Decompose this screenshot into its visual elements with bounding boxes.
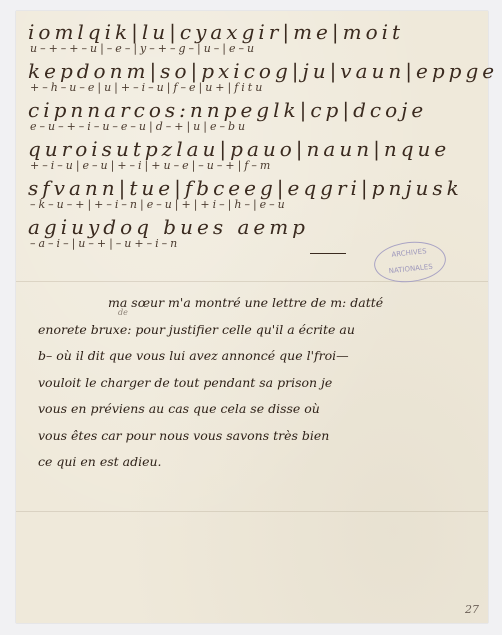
cipher-letters: quroisutpzlau|pauo|naun|nque	[28, 137, 450, 161]
letter-line: b– où il dit que vous lui avez annoncé q…	[38, 343, 488, 370]
letter-line: vous êtes car pour nous vous savons très…	[38, 423, 488, 450]
cipher-key: +–i–u|e–u|+–i|+u–e|–u–+|f–m	[30, 159, 273, 172]
letter-line: ma sœur m'a montré une lettre de m: datt…	[108, 290, 488, 317]
cipher-line: quroisutpzlau|pauo|naun|nque +–i–u|e–u|+…	[28, 137, 468, 176]
cipher-key: –a–i–|u–+|–u+–i–n	[30, 237, 180, 250]
cipher-line: iomlqik|lu|cyaxgir|me|moit u–+–+–u|–e–|y…	[28, 20, 468, 59]
paper-fold	[16, 511, 488, 512]
letter-line: enorete bruxe: pour justifier celle qu'i…	[38, 317, 488, 344]
cipher-key: e–u–+–i–u–e–u|d–+|u|e–bu	[30, 120, 248, 133]
cipher-letters: kepdonm|so|pxicog|ju|vaun|eppge	[28, 59, 498, 83]
letter-text-block: ma sœur m'a montré une lettre de m: datt…	[98, 290, 488, 476]
cipher-letters: iomlqik|lu|cyaxgir|me|moit	[28, 20, 404, 44]
cipher-text-block: iomlqik|lu|cyaxgir|me|moit u–+–+–u|–e–|y…	[28, 20, 468, 254]
cipher-key: +–h–u–e|u|+–i–u|f–e|u+|fitu	[30, 81, 265, 94]
cipher-key: –k–u–+|+–i–n|e–u|+|+i–|h–|e–u	[30, 198, 288, 211]
cipher-letters: sfvann|tue|fbceeg|eqgri|pnjusk	[28, 176, 463, 200]
end-dash	[310, 253, 346, 254]
cipher-line: kepdonm|so|pxicog|ju|vaun|eppge +–h–u–e|…	[28, 59, 468, 98]
stamp-line-1: ARCHIVES	[374, 246, 444, 260]
letter-line: vous en préviens au cas que cela se diss…	[38, 396, 488, 423]
cipher-line: cipnnarcos:nnpeglk|cp|dcoje e–u–+–i–u–e–…	[28, 98, 468, 137]
cipher-line: sfvann|tue|fbceeg|eqgri|pnjusk –k–u–+|+–…	[28, 176, 468, 215]
folio-number: 27	[465, 603, 479, 616]
cipher-key: u–+–+–u|–e–|y–+–g–|u–|e–u	[30, 42, 257, 55]
letter-line: vouloit le charger de tout pendant sa pr…	[38, 370, 488, 397]
cipher-letters: cipnnarcos:nnpeglk|cp|dcoje	[28, 98, 427, 122]
letter-line: ce qui en est adieu.	[38, 449, 488, 476]
cipher-letters: agiuydoq bues aemp	[28, 215, 309, 239]
